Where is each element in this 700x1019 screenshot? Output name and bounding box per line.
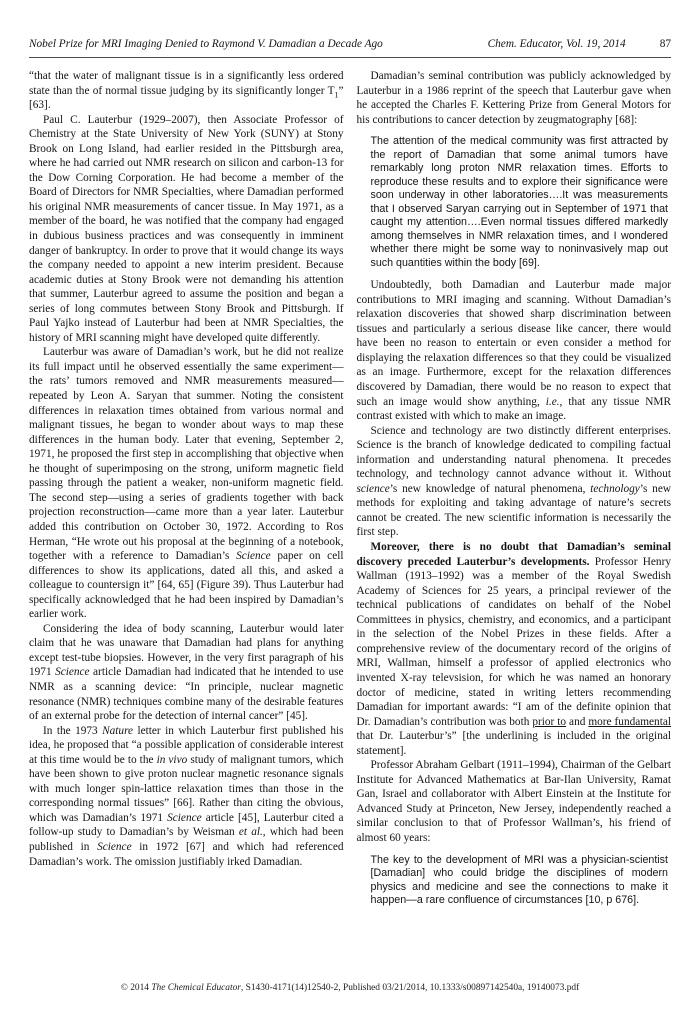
block-quote: The attention of the medical community w…: [371, 135, 669, 270]
journal-reference: Chem. Educator, Vol. 19, 2014: [488, 38, 626, 50]
paragraph: Undoubtedly, both Damadian and Lauterbur…: [357, 278, 672, 423]
paragraph: “that the water of malignant tissue is i…: [29, 69, 344, 113]
paragraph: Paul C. Lauterbur (1929–2007), then Asso…: [29, 113, 344, 346]
paragraph: Lauterbur was aware of Damadian’s work, …: [29, 345, 344, 621]
paragraph: Professor Abraham Gelbart (1911–1994), C…: [357, 758, 672, 845]
running-head-right: Chem. Educator, Vol. 19, 2014 87: [488, 38, 671, 50]
paragraph: Moreover, there is no doubt that Damadia…: [357, 540, 672, 758]
paragraph: Damadian’s seminal contribution was publ…: [357, 69, 672, 127]
paper-page: Nobel Prize for MRI Imaging Denied to Ra…: [0, 0, 700, 1019]
page-number: 87: [660, 38, 671, 50]
block-quote: The key to the development of MRI was a …: [371, 854, 669, 908]
left-column: “that the water of malignant tissue is i…: [29, 69, 344, 916]
paragraph: Considering the idea of body scanning, L…: [29, 622, 344, 724]
article-title: Nobel Prize for MRI Imaging Denied to Ra…: [29, 38, 383, 50]
footer-copyright: © 2014 The Chemical Educator, S1430-4171…: [0, 983, 700, 993]
two-column-content: “that the water of malignant tissue is i…: [29, 69, 671, 916]
right-column: Damadian’s seminal contribution was publ…: [357, 69, 672, 916]
paragraph: Science and technology are two distinctl…: [357, 424, 672, 540]
running-head: Nobel Prize for MRI Imaging Denied to Ra…: [29, 0, 671, 58]
paragraph: In the 1973 Nature letter in which Laute…: [29, 724, 344, 869]
